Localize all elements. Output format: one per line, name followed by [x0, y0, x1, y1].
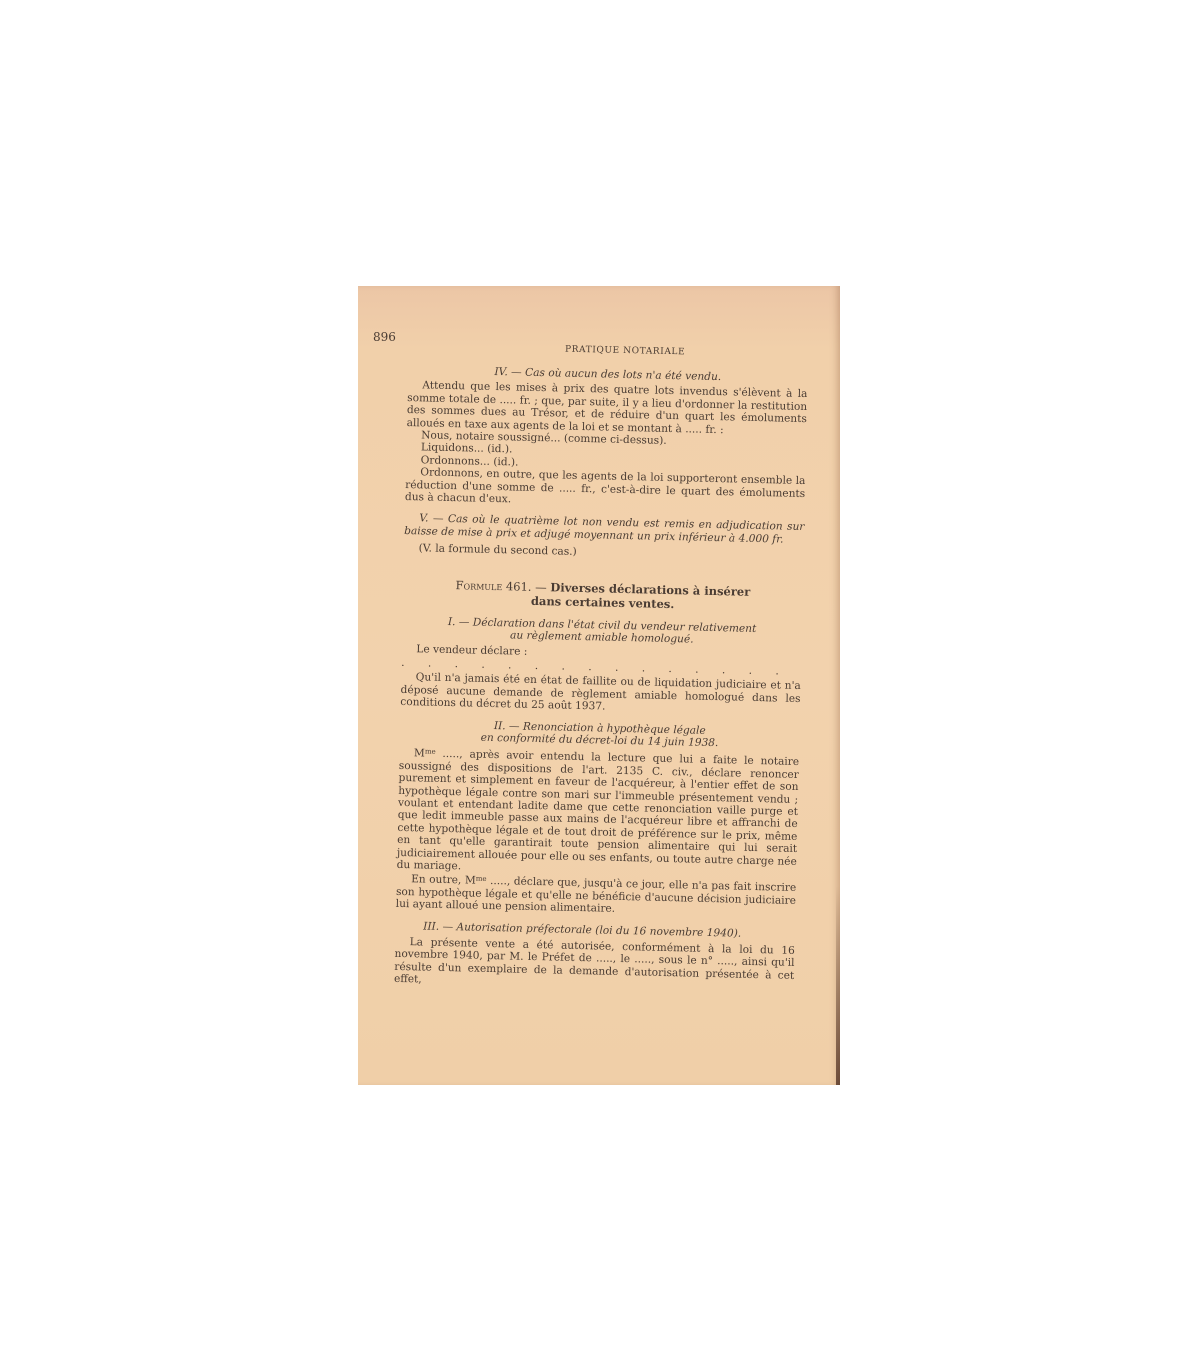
page-body: IV. — Cas où aucun des lots n'a été vend…: [394, 364, 808, 995]
formule-title-line2: dans certaines ventes.: [531, 594, 675, 611]
section-iv-paragraph: Attendu que les mises à prix des quatre …: [407, 379, 808, 438]
formule-label: Formule 461.: [455, 578, 531, 594]
title-mme: M: [414, 748, 425, 760]
section-ii-paragraph-1: Mme ....., après avoir entendu la lectur…: [396, 745, 799, 880]
formule-title: Formule 461. — Diverses déclarations à i…: [403, 577, 804, 614]
title-mme-sup: me: [425, 748, 436, 756]
title-mme-sup: me: [476, 875, 487, 883]
scanned-book-page: 896 PRATIQUE NOTARIALE IV. — Cas où aucu…: [358, 286, 840, 1085]
section-iii-body: La présente vente a été autorisée, confo…: [394, 936, 795, 995]
section-ii-prefix-2: En outre, M: [411, 874, 476, 887]
running-head: PRATIQUE NOTARIALE: [565, 345, 685, 358]
section-ii-text-1: ....., après avoir entendu la lecture qu…: [396, 748, 799, 872]
page-number: 896: [373, 330, 396, 344]
formule-dash: —: [531, 580, 550, 594]
